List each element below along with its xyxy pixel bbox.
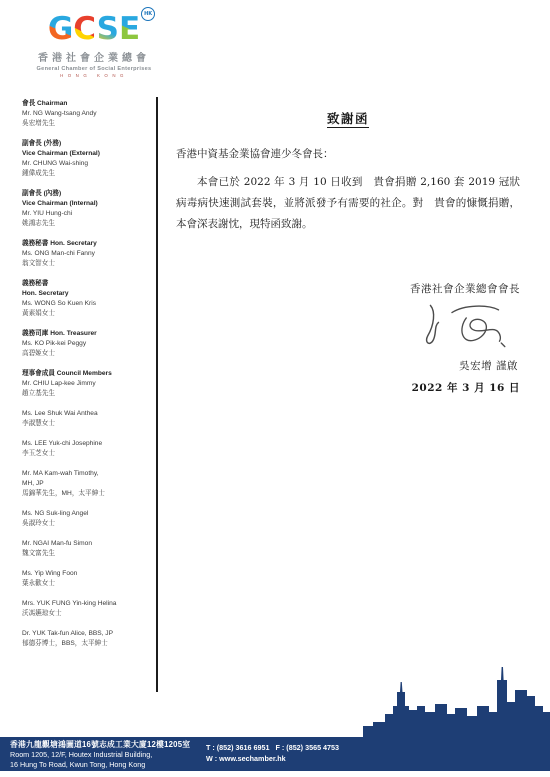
sidebar-group: 義務秘書 Hon. SecretaryMs. ONG Man-chi Fanny…: [22, 239, 152, 269]
signer-name: 吳宏增 謹啟: [176, 358, 520, 373]
sidebar-line: Dr. YUK Tak-fun Alice, BBS, JP: [22, 629, 152, 639]
sidebar-line: Ms. WONG So Kuen Kris: [22, 299, 152, 309]
sidebar-line: Vice Chairman (Internal): [22, 199, 152, 209]
signature: [176, 300, 510, 356]
footer-address-english-2: 16 Hung To Road, Kwun Tong, Hong Kong: [10, 760, 190, 770]
sidebar-line: Ms. Yip Wing Foon: [22, 569, 152, 579]
sidebar-line: 趙立基先生: [22, 389, 152, 399]
sidebar-group: Mr. NGAI Man-fu Simon魏文富先生: [22, 539, 152, 559]
sidebar-group: Dr. YUK Tak-fun Alice, BBS, JP郁德芬博士，BBS，…: [22, 629, 152, 649]
footer-address: 香港九龍觀塘鴻圖道16號志成工業大廈12樓1205室 Room 1205, 12…: [10, 740, 190, 769]
gcse-logo-word: GCSE HK: [48, 14, 140, 45]
sidebar-group: Mr. MA Kam-wah Timothy,MH, JP馬錦華先生，MH，太平…: [22, 469, 152, 499]
sidebar-group: 副會長 (外務)Vice Chairman (External)Mr. CHUN…: [22, 139, 152, 179]
sidebar-line: Mr. NG Wang-tsang Andy: [22, 109, 152, 119]
sidebar-group: 理事會成員 Council MembersMr. CHIU Lap-kee Ji…: [22, 369, 152, 399]
letter-title-text: 致謝函: [327, 111, 369, 128]
sidebar-line: 馬錦華先生，MH，太平紳士: [22, 489, 152, 499]
sidebar: 會長 ChairmanMr. NG Wang-tsang Andy吳宏增先生副會…: [22, 99, 152, 659]
sidebar-group: Ms. NG Suk-ling Angel吳淑玲女士: [22, 509, 152, 529]
signature-icon: [410, 300, 510, 352]
sidebar-line: 會長 Chairman: [22, 99, 152, 109]
sidebar-line: Ms. ONG Man-chi Fanny: [22, 249, 152, 259]
vertical-divider: [156, 97, 158, 692]
logo-letter-s: S: [97, 11, 119, 47]
sidebar-line: Hon. Secretary: [22, 289, 152, 299]
sidebar-line: 吳宏增先生: [22, 119, 152, 129]
sidebar-line: 郁德芬博士，BBS，太平紳士: [22, 639, 152, 649]
sidebar-line: 李淑慧女士: [22, 419, 152, 429]
sidebar-line: 鍾偉成先生: [22, 169, 152, 179]
sidebar-group: Ms. Lee Shuk Wai Anthea李淑慧女士: [22, 409, 152, 429]
org-name-english: General Chamber of Social Enterprises: [28, 66, 160, 72]
skyline-graphic-icon: [355, 662, 550, 737]
sidebar-group: 會長 ChairmanMr. NG Wang-tsang Andy吳宏增先生: [22, 99, 152, 129]
sidebar-group: Ms. LEE Yuk-chi Josephine李玉芝女士: [22, 439, 152, 459]
org-region: HONG KONG: [28, 73, 160, 78]
sidebar-line: Vice Chairman (External): [22, 149, 152, 159]
letter-title: 致謝函: [176, 108, 520, 127]
footer-website: W : www.sechamber.hk: [206, 753, 339, 764]
footer-address-english-1: Room 1205, 12/F, Houtex Industrial Build…: [10, 750, 190, 760]
sidebar-line: 理事會成員 Council Members: [22, 369, 152, 379]
sidebar-line: 吳淑玲女士: [22, 519, 152, 529]
footer-address-chinese: 香港九龍觀塘鴻圖道16號志成工業大廈12樓1205室: [10, 740, 190, 750]
logo-letter-g: G: [48, 11, 73, 47]
sidebar-line: 高碧姬女士: [22, 349, 152, 359]
sidebar-line: 義務司庫 Hon. Treasurer: [22, 329, 152, 339]
sidebar-line: Ms. Lee Shuk Wai Anthea: [22, 409, 152, 419]
sidebar-line: Ms. NG Suk-ling Angel: [22, 509, 152, 519]
sidebar-line: 李玉芝女士: [22, 449, 152, 459]
hk-badge-icon: HK: [141, 7, 155, 21]
sidebar-line: Mrs. YUK FUNG Yin-king Helina: [22, 599, 152, 609]
sidebar-line: 翁文智女士: [22, 259, 152, 269]
sidebar-line: MH, JP: [22, 479, 152, 489]
sidebar-line: 義務秘書 Hon. Secretary: [22, 239, 152, 249]
footer-tel-fax: T : (852) 3616 6951 F : (852) 3565 4753: [206, 742, 339, 753]
sidebar-line: 沃馮嬿琼女士: [22, 609, 152, 619]
closing-organization: 香港社會企業總會會長: [176, 281, 520, 296]
sidebar-line: Mr. MA Kam-wah Timothy,: [22, 469, 152, 479]
sidebar-line: Ms. KO Pik-kei Peggy: [22, 339, 152, 349]
sidebar-line: 黃素娟女士: [22, 309, 152, 319]
sidebar-group: 義務秘書Hon. SecretaryMs. WONG So Kuen Kris黃…: [22, 279, 152, 319]
sidebar-line: Mr. YIU Hung-chi: [22, 209, 152, 219]
letter-page: GCSE HK 香港社會企業總會 General Chamber of Soci…: [0, 0, 550, 777]
footer-band: 香港九龍觀塘鴻圖道16號志成工業大廈12樓1205室 Room 1205, 12…: [0, 737, 550, 771]
logo-letter-e: E: [119, 11, 140, 47]
letter-date: 2022 年 3 月 16 日: [176, 380, 520, 395]
logo-letter-c: C: [73, 11, 96, 47]
sidebar-group: Mrs. YUK FUNG Yin-king Helina沃馮嬿琼女士: [22, 599, 152, 619]
footer-contact: T : (852) 3616 6951 F : (852) 3565 4753 …: [206, 742, 339, 764]
sidebar-line: 副會長 (外務): [22, 139, 152, 149]
sidebar-group: 副會長 (內務)Vice Chairman (Internal)Mr. YIU …: [22, 189, 152, 229]
sidebar-line: Mr. CHIU Lap-kee Jimmy: [22, 379, 152, 389]
sidebar-line: 魏文富先生: [22, 549, 152, 559]
sidebar-line: 葉永歡女士: [22, 579, 152, 589]
salutation: 香港中資基金業協會連少冬會長：: [176, 146, 520, 161]
sidebar-group: 義務司庫 Hon. TreasurerMs. KO Pik-kei Peggy高…: [22, 329, 152, 359]
gcse-logo: GCSE HK 香港社會企業總會 General Chamber of Soci…: [28, 14, 160, 78]
org-name-chinese: 香港社會企業總會: [28, 49, 160, 64]
sidebar-line: 姚鴻志先生: [22, 219, 152, 229]
sidebar-line: 義務秘書: [22, 279, 152, 289]
letter-content: 致謝函 香港中資基金業協會連少冬會長： 本會已於 2022 年 3 月 10 日…: [176, 108, 520, 395]
letter-body: 本會已於 2022 年 3 月 10 日收到 貴會捐贈 2,160 套 2019…: [176, 172, 520, 235]
sidebar-line: 副會長 (內務): [22, 189, 152, 199]
closing-block: 香港社會企業總會會長 吳宏增 謹啟 2022 年 3 月 16 日: [176, 281, 520, 395]
sidebar-line: Mr. CHUNG Wai-shing: [22, 159, 152, 169]
sidebar-line: Mr. NGAI Man-fu Simon: [22, 539, 152, 549]
sidebar-group: Ms. Yip Wing Foon葉永歡女士: [22, 569, 152, 589]
sidebar-line: Ms. LEE Yuk-chi Josephine: [22, 439, 152, 449]
